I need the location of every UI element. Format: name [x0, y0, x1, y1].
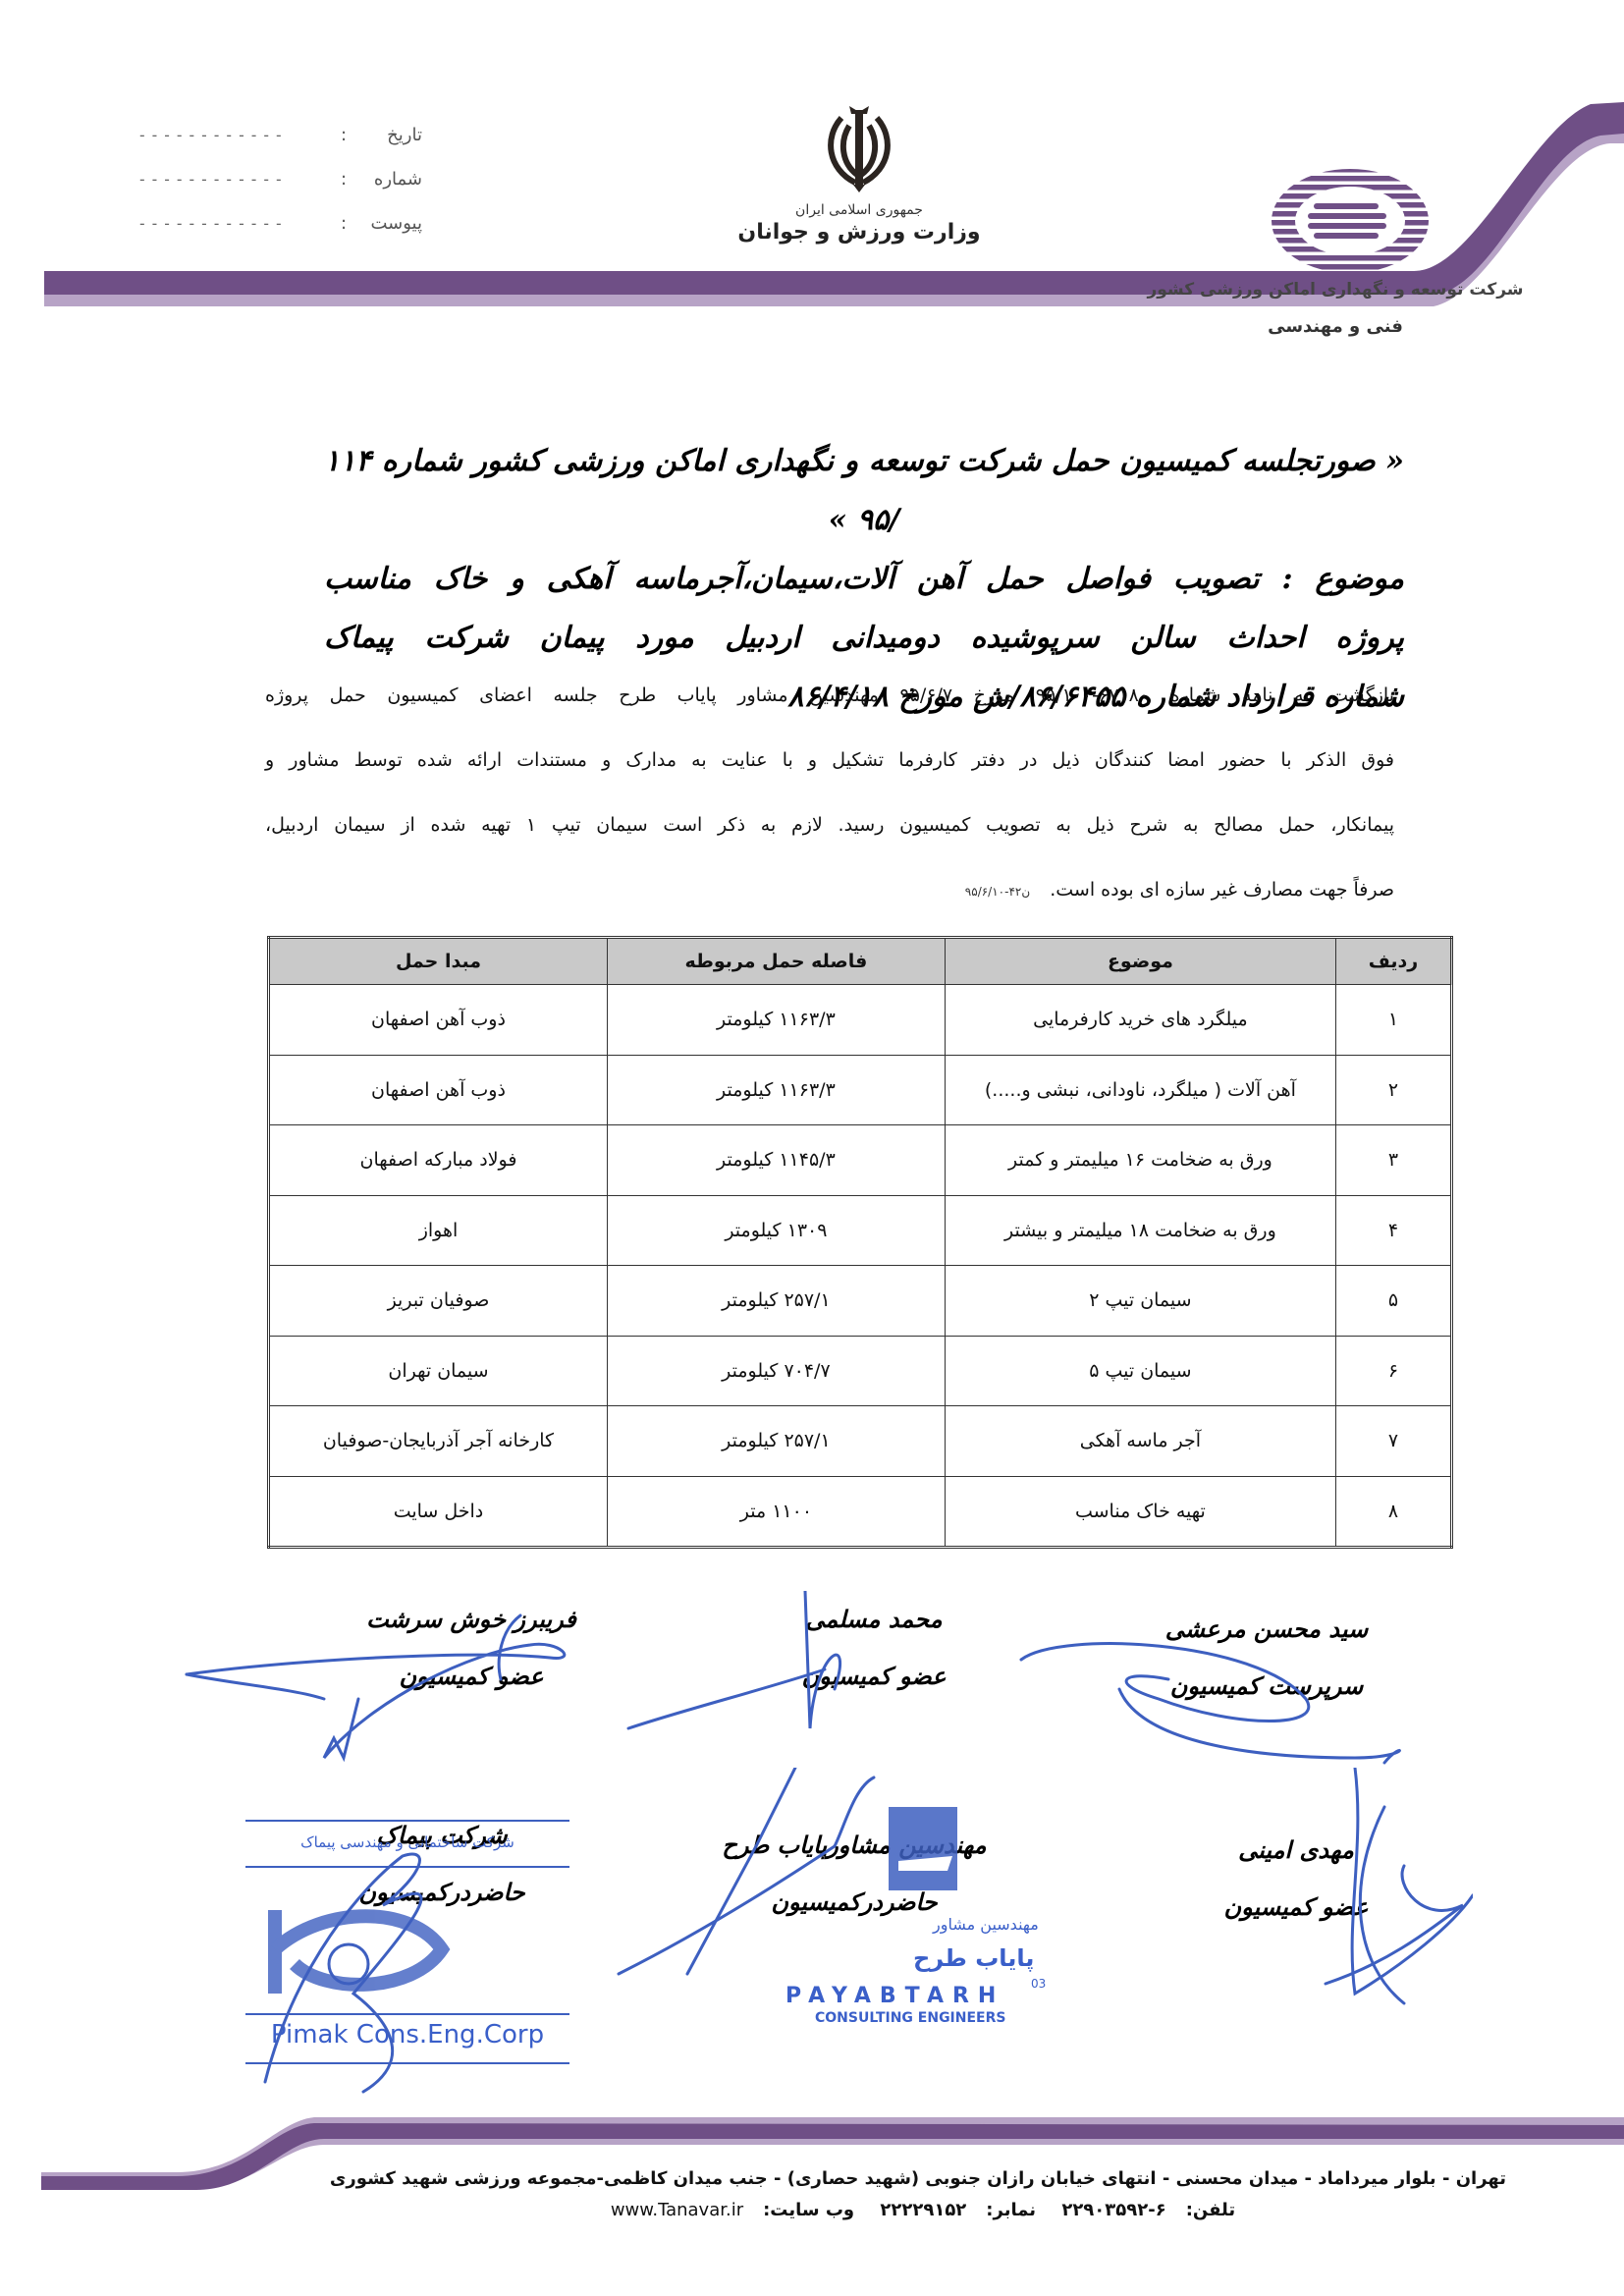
letter-meta-fields: تاریخ : ------------ شماره : -----------… [137, 113, 422, 246]
number-field: شماره : ------------ [137, 157, 422, 201]
pimak-stamp: شرکت ساختمانی و مهندسی پیماک Pimak Cons.… [245, 1812, 569, 2072]
iran-emblem-icon [820, 98, 898, 196]
date-field: تاریخ : ------------ [137, 113, 422, 157]
column-header-origin: مبدا حمل [269, 938, 608, 985]
website-link[interactable]: www.Tanavar.ir [611, 2200, 743, 2220]
organization-logo-icon [1267, 167, 1434, 275]
haul-distance-table: ردیف موضوع فاصله حمل مربوطه مبدا حمل ۱ م… [267, 936, 1453, 1549]
body-line: بازگشت به نامه شماره ۶۷۱۸۰-۹۵/۱۰۰ مورخ ۹… [265, 663, 1394, 728]
government-emblem-block: جمهوری اسلامی ایران وزارت ورزش و جوانان [731, 98, 987, 245]
body-line: پیمانکار، حمل مصالح به شرح ذیل به تصویب … [265, 793, 1394, 857]
footer-contact: تلفن:۶-۲۲۹۰۳۵۹۲ نمابر:۲۲۲۲۹۱۵۲ وب سایت:w… [530, 2200, 1316, 2220]
pimak-logo-icon [265, 1905, 452, 1998]
title-line-subject: موضوع : تصویب فواصل حمل آهن آلات،سیمان،آ… [324, 550, 1404, 609]
table-row: ۷ آجر ماسه آهکی ۲۵۷/۱ کیلومتر کارخانه آج… [269, 1406, 1452, 1477]
payabtarh-logo-icon [884, 1802, 962, 1895]
table-row: ۶ سیمان تیپ ۵ ۷۰۴/۷ کیلومتر سیمان تهران [269, 1336, 1452, 1406]
organization-department: فنی و مهندسی [1237, 316, 1434, 337]
table-header-row: ردیف موضوع فاصله حمل مربوطه مبدا حمل [269, 938, 1452, 985]
attachment-field: پیوست : ------------ [137, 201, 422, 246]
signature-block-member-moslemi: محمد مسلمی عضو کمیسیون [746, 1591, 1001, 1705]
website-label: وب سایت: [763, 2200, 854, 2220]
fax-label: نمابر: [986, 2200, 1036, 2220]
body-line: فوق الذکر با حضور امضا کنندگان ذیل در دف… [265, 728, 1394, 793]
signature-block-member-khoshseresht: فریبرز خوش سرشت عضو کمیسیون [334, 1591, 609, 1705]
body-paragraph: بازگشت به نامه شماره ۶۷۱۸۰-۹۵/۱۰۰ مورخ ۹… [265, 663, 1394, 924]
footer-address: تهران - بلوار میرداماد - میدان محسنی - ا… [265, 2168, 1571, 2189]
body-line: صرفاً جهت مصارف غیر سازه ای بوده است. ن۴… [265, 857, 1394, 924]
handwritten-note: ن۴۲-۹۵/۶/۱۰ [965, 885, 1030, 899]
fax-number: ۲۲۲۲۹۱۵۲ [880, 2200, 966, 2220]
table-row: ۲ آهن آلات ( میلگرد، ناودانی، نبشی و....… [269, 1055, 1452, 1125]
column-header-distance: فاصله حمل مربوطه [607, 938, 945, 985]
phone-label: تلفن: [1186, 2200, 1235, 2220]
organization-name: شرکت توسعه و نگهداری اماکن ورزشی کشور [1139, 280, 1532, 300]
column-header-subject: موضوع [945, 938, 1335, 985]
phone-number: ۶-۲۲۹۰۳۵۹۲ [1061, 2200, 1165, 2220]
title-line-project: پروژه احداث سالن سرپوشیده دومیدانی اردبی… [324, 609, 1404, 668]
table-row: ۸ تهیه خاک مناسب ۱۱۰۰ متر داخل سایت [269, 1476, 1452, 1548]
table-row: ۱ میلگرد های خرید کارفرمایی ۱۱۶۳/۳ کیلوم… [269, 985, 1452, 1056]
payabtarh-stamp: مهندسین مشاور پایاب طرح PAYABTARH 03 CON… [776, 1802, 1080, 2028]
gov-country-name: جمهوری اسلامی ایران [731, 202, 987, 218]
table-row: ۵ سیمان تیپ ۲ ۲۵۷/۱ کیلومتر صوفیان تبریز [269, 1266, 1452, 1337]
column-header-row: ردیف [1335, 938, 1451, 985]
signature-block-member-amini: مهدی امینی عضو کمیسیون [1198, 1822, 1394, 1936]
ministry-name: وزارت ورزش و جوانان [731, 220, 987, 245]
title-line-heading: « صورتجلسه کمیسیون حمل شرکت توسعه و نگهد… [324, 432, 1404, 550]
table-row: ۳ ورق به ضخامت ۱۶ میلیمتر و کمتر ۱۱۴۵/۳ … [269, 1125, 1452, 1196]
table-row: ۴ ورق به ضخامت ۱۸ میلیمتر و بیشتر ۱۳۰۹ ک… [269, 1195, 1452, 1266]
signature-block-supervisor: سید محسن مرعشی سرپرست کمیسیون [1119, 1601, 1414, 1715]
